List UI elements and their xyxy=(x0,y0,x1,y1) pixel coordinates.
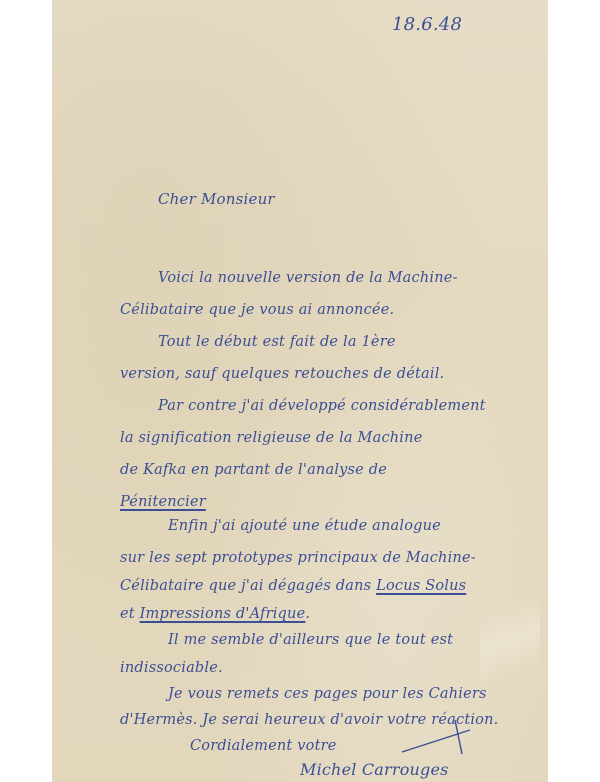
letter-line-1: Voici la nouvelle version de la Machine- xyxy=(158,270,458,286)
letter-line-6: la signification religieuse de la Machin… xyxy=(120,430,422,446)
letter-line-3: Tout le début est fait de la 1ère xyxy=(158,334,396,350)
letter-line-15: Je vous remets ces pages pour les Cahier… xyxy=(168,686,487,702)
letter-line-5: Par contre j'ai développé considérableme… xyxy=(158,398,486,414)
conjunction-et: et xyxy=(120,606,135,622)
closing: Cordialement votre xyxy=(190,738,337,754)
letter-line-13: Il me semble d'ailleurs que le tout est xyxy=(168,632,453,648)
title-impressions-d-afrique: Impressions d'Afrique xyxy=(140,606,306,622)
title-locus-solus: Locus Solus xyxy=(376,578,466,594)
letter-line-14: indissociable. xyxy=(120,660,223,676)
letter-line-11-text: Célibataire que j'ai dégagés dans xyxy=(120,578,371,594)
letter-line-9: Enfin j'ai ajouté une étude analogue xyxy=(168,518,441,534)
letter-line-2: Célibataire que je vous ai annoncée. xyxy=(120,302,394,318)
title-penitencier: Pénitencier xyxy=(120,494,206,510)
letter-line-11: Célibataire que j'ai dégagés dans Locus … xyxy=(120,578,466,594)
letter-line-7: de Kafka en partant de l'analyse de xyxy=(120,462,387,478)
signature: Michel Carrouges xyxy=(300,760,449,779)
paper-crease xyxy=(480,560,540,720)
period: . xyxy=(305,606,310,622)
salutation: Cher Monsieur xyxy=(158,190,275,208)
signature-flourish xyxy=(400,718,500,758)
letter-line-10: sur les sept prototypes principaux de Ma… xyxy=(120,550,476,566)
letter-line-4: version, sauf quelques retouches de déta… xyxy=(120,366,444,382)
letter-line-12: et Impressions d'Afrique. xyxy=(120,606,310,622)
letter-date: 18.6.48 xyxy=(392,14,462,35)
